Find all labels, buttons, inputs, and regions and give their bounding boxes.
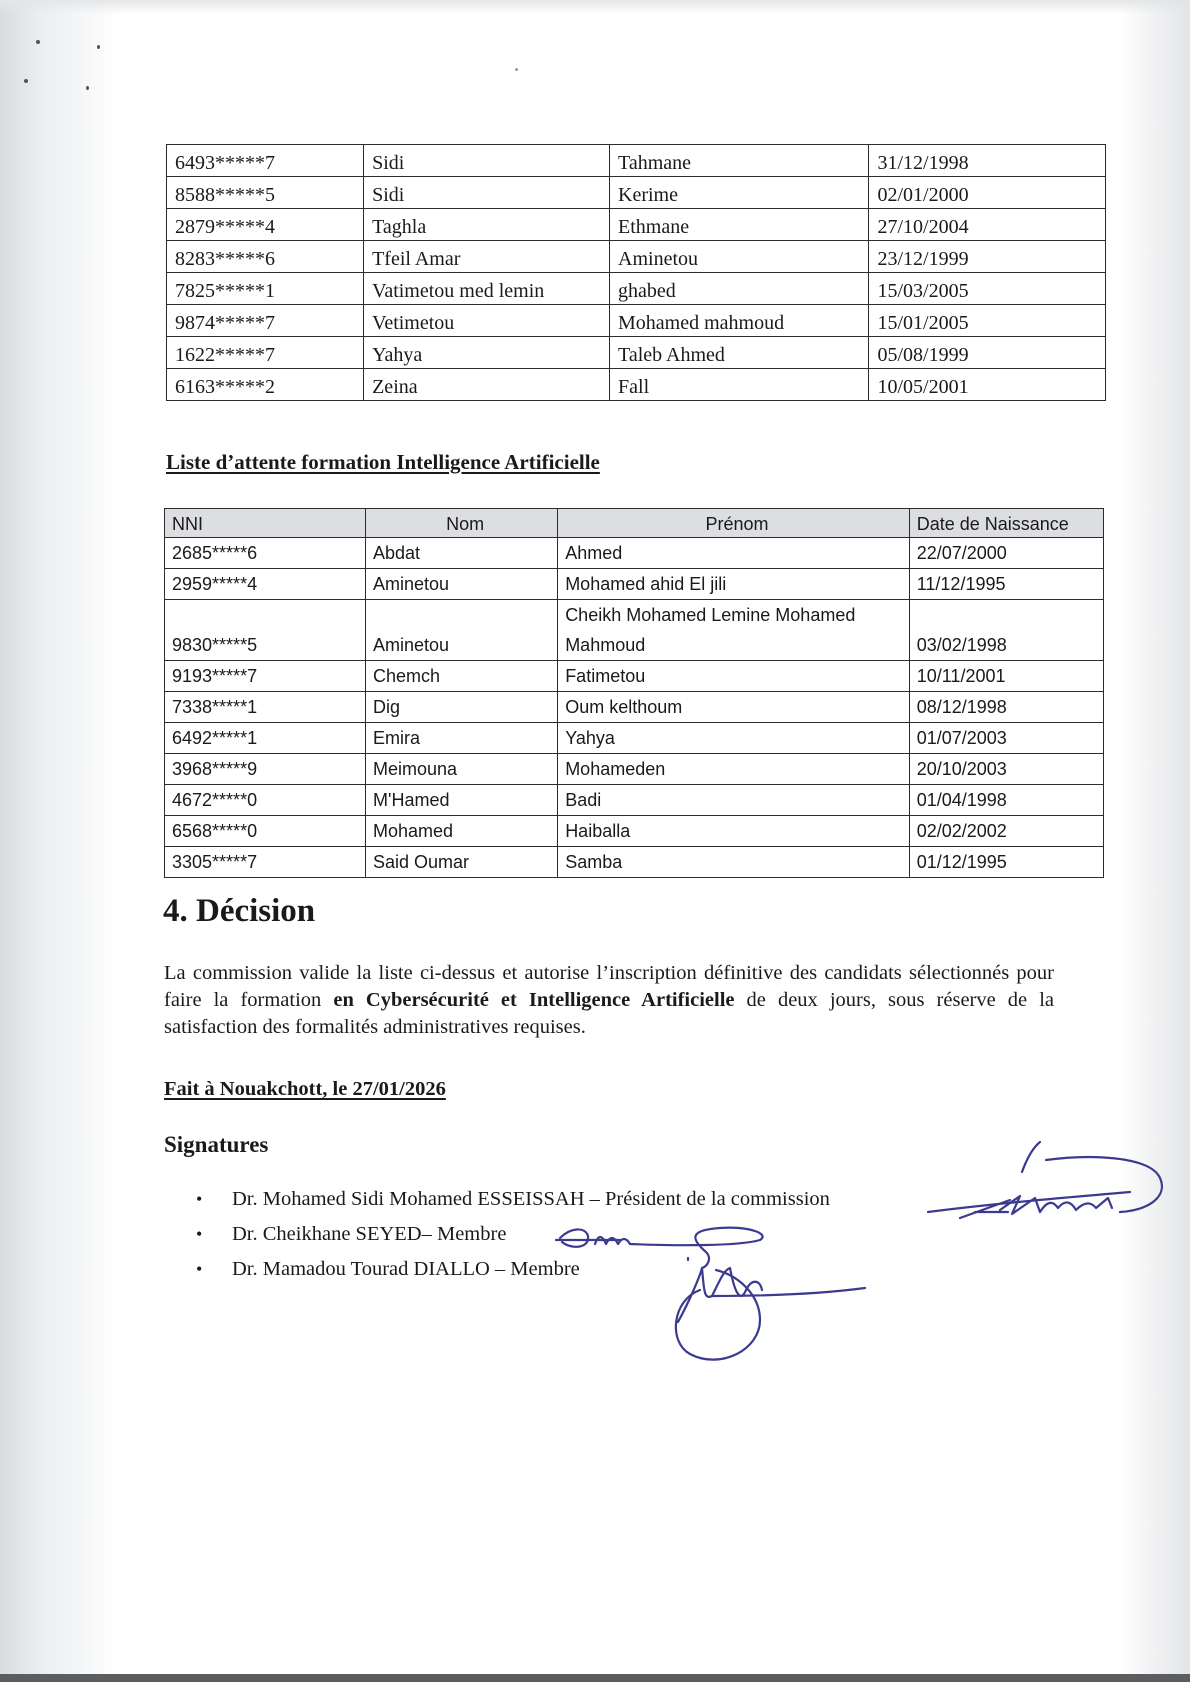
bullet-icon: • (196, 1252, 202, 1287)
cell-date: 31/12/1998 (869, 145, 1106, 177)
scan-edge-bottom (0, 1674, 1190, 1682)
cell-nni: 8588*****5 (167, 177, 364, 209)
cell-date: 03/02/1998 (909, 600, 1103, 661)
cell-nom: Mohamed (366, 816, 558, 847)
cell-nni: 6163*****2 (167, 369, 364, 401)
cell-prenom: Fall (610, 369, 869, 401)
cell-nom: Vetimetou (364, 305, 610, 337)
cell-nni: 2879*****4 (167, 209, 364, 241)
cell-prenom: Kerime (610, 177, 869, 209)
cell-date: 10/11/2001 (909, 661, 1103, 692)
cell-nni: 8283*****6 (167, 241, 364, 273)
table-row: 9830*****5AminetouCheikh Mohamed Lemine … (165, 600, 1104, 661)
signatory-label: Dr. Cheikhane SEYED– Membre (232, 1223, 506, 1245)
cell-nni: 2959*****4 (165, 569, 366, 600)
table-row: 8588*****5SidiKerime02/01/2000 (167, 177, 1106, 209)
cell-nni: 9830*****5 (165, 600, 366, 661)
table-row: 9193*****7ChemchFatimetou10/11/2001 (165, 661, 1104, 692)
scan-speck (24, 79, 28, 83)
cell-prenom: Mohamed ahid El jili (558, 569, 910, 600)
cell-date: 08/12/1998 (909, 692, 1103, 723)
table-row: 9874*****7VetimetouMohamed mahmoud15/01/… (167, 305, 1106, 337)
cell-nom: Vatimetou med lemin (364, 273, 610, 305)
table-row: 2685*****6AbdatAhmed22/07/2000 (165, 538, 1104, 569)
table-row: 7825*****1Vatimetou med leminghabed15/03… (167, 273, 1106, 305)
decision-heading: 4. Décision (163, 893, 315, 930)
cell-nni: 3305*****7 (165, 847, 366, 878)
table-row: 8283*****6Tfeil AmarAminetou23/12/1999 (167, 241, 1106, 273)
cell-prenom: Mohameden (558, 754, 910, 785)
cell-nom: Dig (366, 692, 558, 723)
cell-date: 10/05/2001 (869, 369, 1106, 401)
table-row: 6493*****7SidiTahmane31/12/1998 (167, 145, 1106, 177)
signatory-label: Dr. Mohamed Sidi Mohamed ESSEISSAH – Pré… (232, 1188, 830, 1210)
cell-nom: Taghla (364, 209, 610, 241)
cell-nom: Tfeil Amar (364, 241, 610, 273)
cell-prenom: Cheikh Mohamed Lemine Mohamed Mahmoud (558, 600, 910, 661)
cell-nni: 9874*****7 (167, 305, 364, 337)
cell-prenom: Oum kelthoum (558, 692, 910, 723)
scan-speck (515, 68, 518, 71)
cell-prenom: Fatimetou (558, 661, 910, 692)
waiting-list-title: Liste d’attente formation Intelligence A… (166, 450, 600, 475)
cell-date: 27/10/2004 (869, 209, 1106, 241)
table-row: 3305*****7Said OumarSamba01/12/1995 (165, 847, 1104, 878)
place-and-date: Fait à Nouakchott, le 27/01/2026 (164, 1078, 446, 1101)
cell-nom: Zeina (364, 369, 610, 401)
decision-text-bold: en Cybersécurité et Intelligence Artific… (333, 989, 734, 1011)
cell-prenom: Tahmane (610, 145, 869, 177)
candidates-table-continued: 6493*****7SidiTahmane31/12/19988588*****… (166, 144, 1106, 401)
cell-nni: 6492*****1 (165, 723, 366, 754)
cell-date: 15/01/2005 (869, 305, 1106, 337)
cell-date: 02/02/2002 (909, 816, 1103, 847)
cell-nom: Aminetou (366, 600, 558, 661)
table-row: 4672*****0M'HamedBadi01/04/1998 (165, 785, 1104, 816)
table-row: 6492*****1EmiraYahya01/07/2003 (165, 723, 1104, 754)
scan-speck (86, 86, 89, 90)
cell-date: 22/07/2000 (909, 538, 1103, 569)
scan-speck (97, 45, 100, 49)
cell-date: 20/10/2003 (909, 754, 1103, 785)
cell-nni: 4672*****0 (165, 785, 366, 816)
cell-date: 02/01/2000 (869, 177, 1106, 209)
cell-nom: Aminetou (366, 569, 558, 600)
cell-prenom: Ahmed (558, 538, 910, 569)
cell-prenom: Yahya (558, 723, 910, 754)
decision-paragraph: La commission valide la liste ci-dessus … (164, 960, 1054, 1041)
cell-nom: Said Oumar (366, 847, 558, 878)
table-row: 3968*****9MeimounaMohameden20/10/2003 (165, 754, 1104, 785)
scan-shadow-right (1120, 0, 1190, 1682)
cell-nni: 9193*****7 (165, 661, 366, 692)
cell-prenom: Aminetou (610, 241, 869, 273)
cell-nni: 7825*****1 (167, 273, 364, 305)
cell-date: 11/12/1995 (909, 569, 1103, 600)
cell-nom: Emira (366, 723, 558, 754)
header-nom: Nom (366, 509, 558, 538)
header-date: Date de Naissance (909, 509, 1103, 538)
cell-prenom: ghabed (610, 273, 869, 305)
bullet-icon: • (196, 1182, 202, 1217)
cell-nni: 3968*****9 (165, 754, 366, 785)
header-prenom: Prénom (558, 509, 910, 538)
scan-shadow-left (0, 0, 120, 1682)
cell-nni: 1622*****7 (167, 337, 364, 369)
table-row: 2879*****4TaghlaEthmane27/10/2004 (167, 209, 1106, 241)
cell-nni: 6568*****0 (165, 816, 366, 847)
cell-prenom: Samba (558, 847, 910, 878)
table-row: 6568*****0MohamedHaiballa02/02/2002 (165, 816, 1104, 847)
cell-date: 01/07/2003 (909, 723, 1103, 754)
cell-prenom: Taleb Ahmed (610, 337, 869, 369)
cell-nni: 6493*****7 (167, 145, 364, 177)
cell-nom: Sidi (364, 177, 610, 209)
cell-nni: 7338*****1 (165, 692, 366, 723)
cell-nom: Yahya (364, 337, 610, 369)
scan-shadow-top (0, 0, 1190, 14)
waiting-list-table: NNI Nom Prénom Date de Naissance 2685***… (164, 508, 1104, 878)
table-row: 2959*****4AminetouMohamed ahid El jili11… (165, 569, 1104, 600)
cell-date: 23/12/1999 (869, 241, 1106, 273)
table-header-row: NNI Nom Prénom Date de Naissance (165, 509, 1104, 538)
cell-date: 01/12/1995 (909, 847, 1103, 878)
cell-nom: M'Hamed (366, 785, 558, 816)
cell-nom: Meimouna (366, 754, 558, 785)
header-nni: NNI (165, 509, 366, 538)
signatory-item: •Dr. Mamadou Tourad DIALLO – Membre (196, 1252, 830, 1287)
cell-nom: Chemch (366, 661, 558, 692)
cell-prenom: Mohamed mahmoud (610, 305, 869, 337)
cell-date: 01/04/1998 (909, 785, 1103, 816)
cell-nni: 2685*****6 (165, 538, 366, 569)
cell-date: 05/08/1999 (869, 337, 1106, 369)
scan-speck (36, 40, 40, 44)
bullet-icon: • (196, 1217, 202, 1252)
cell-prenom: Haiballa (558, 816, 910, 847)
signatory-item: •Dr. Mohamed Sidi Mohamed ESSEISSAH – Pr… (196, 1182, 830, 1217)
table-row: 7338*****1DigOum kelthoum08/12/1998 (165, 692, 1104, 723)
signatories-list: •Dr. Mohamed Sidi Mohamed ESSEISSAH – Pr… (196, 1182, 830, 1287)
signatory-item: •Dr. Cheikhane SEYED– Membre (196, 1217, 830, 1252)
signatory-label: Dr. Mamadou Tourad DIALLO – Membre (232, 1258, 580, 1280)
cell-prenom: Ethmane (610, 209, 869, 241)
table-row: 1622*****7YahyaTaleb Ahmed05/08/1999 (167, 337, 1106, 369)
cell-nom: Abdat (366, 538, 558, 569)
cell-date: 15/03/2005 (869, 273, 1106, 305)
signatures-heading: Signatures (164, 1132, 268, 1158)
cell-prenom: Badi (558, 785, 910, 816)
table-row: 6163*****2ZeinaFall10/05/2001 (167, 369, 1106, 401)
cell-nom: Sidi (364, 145, 610, 177)
